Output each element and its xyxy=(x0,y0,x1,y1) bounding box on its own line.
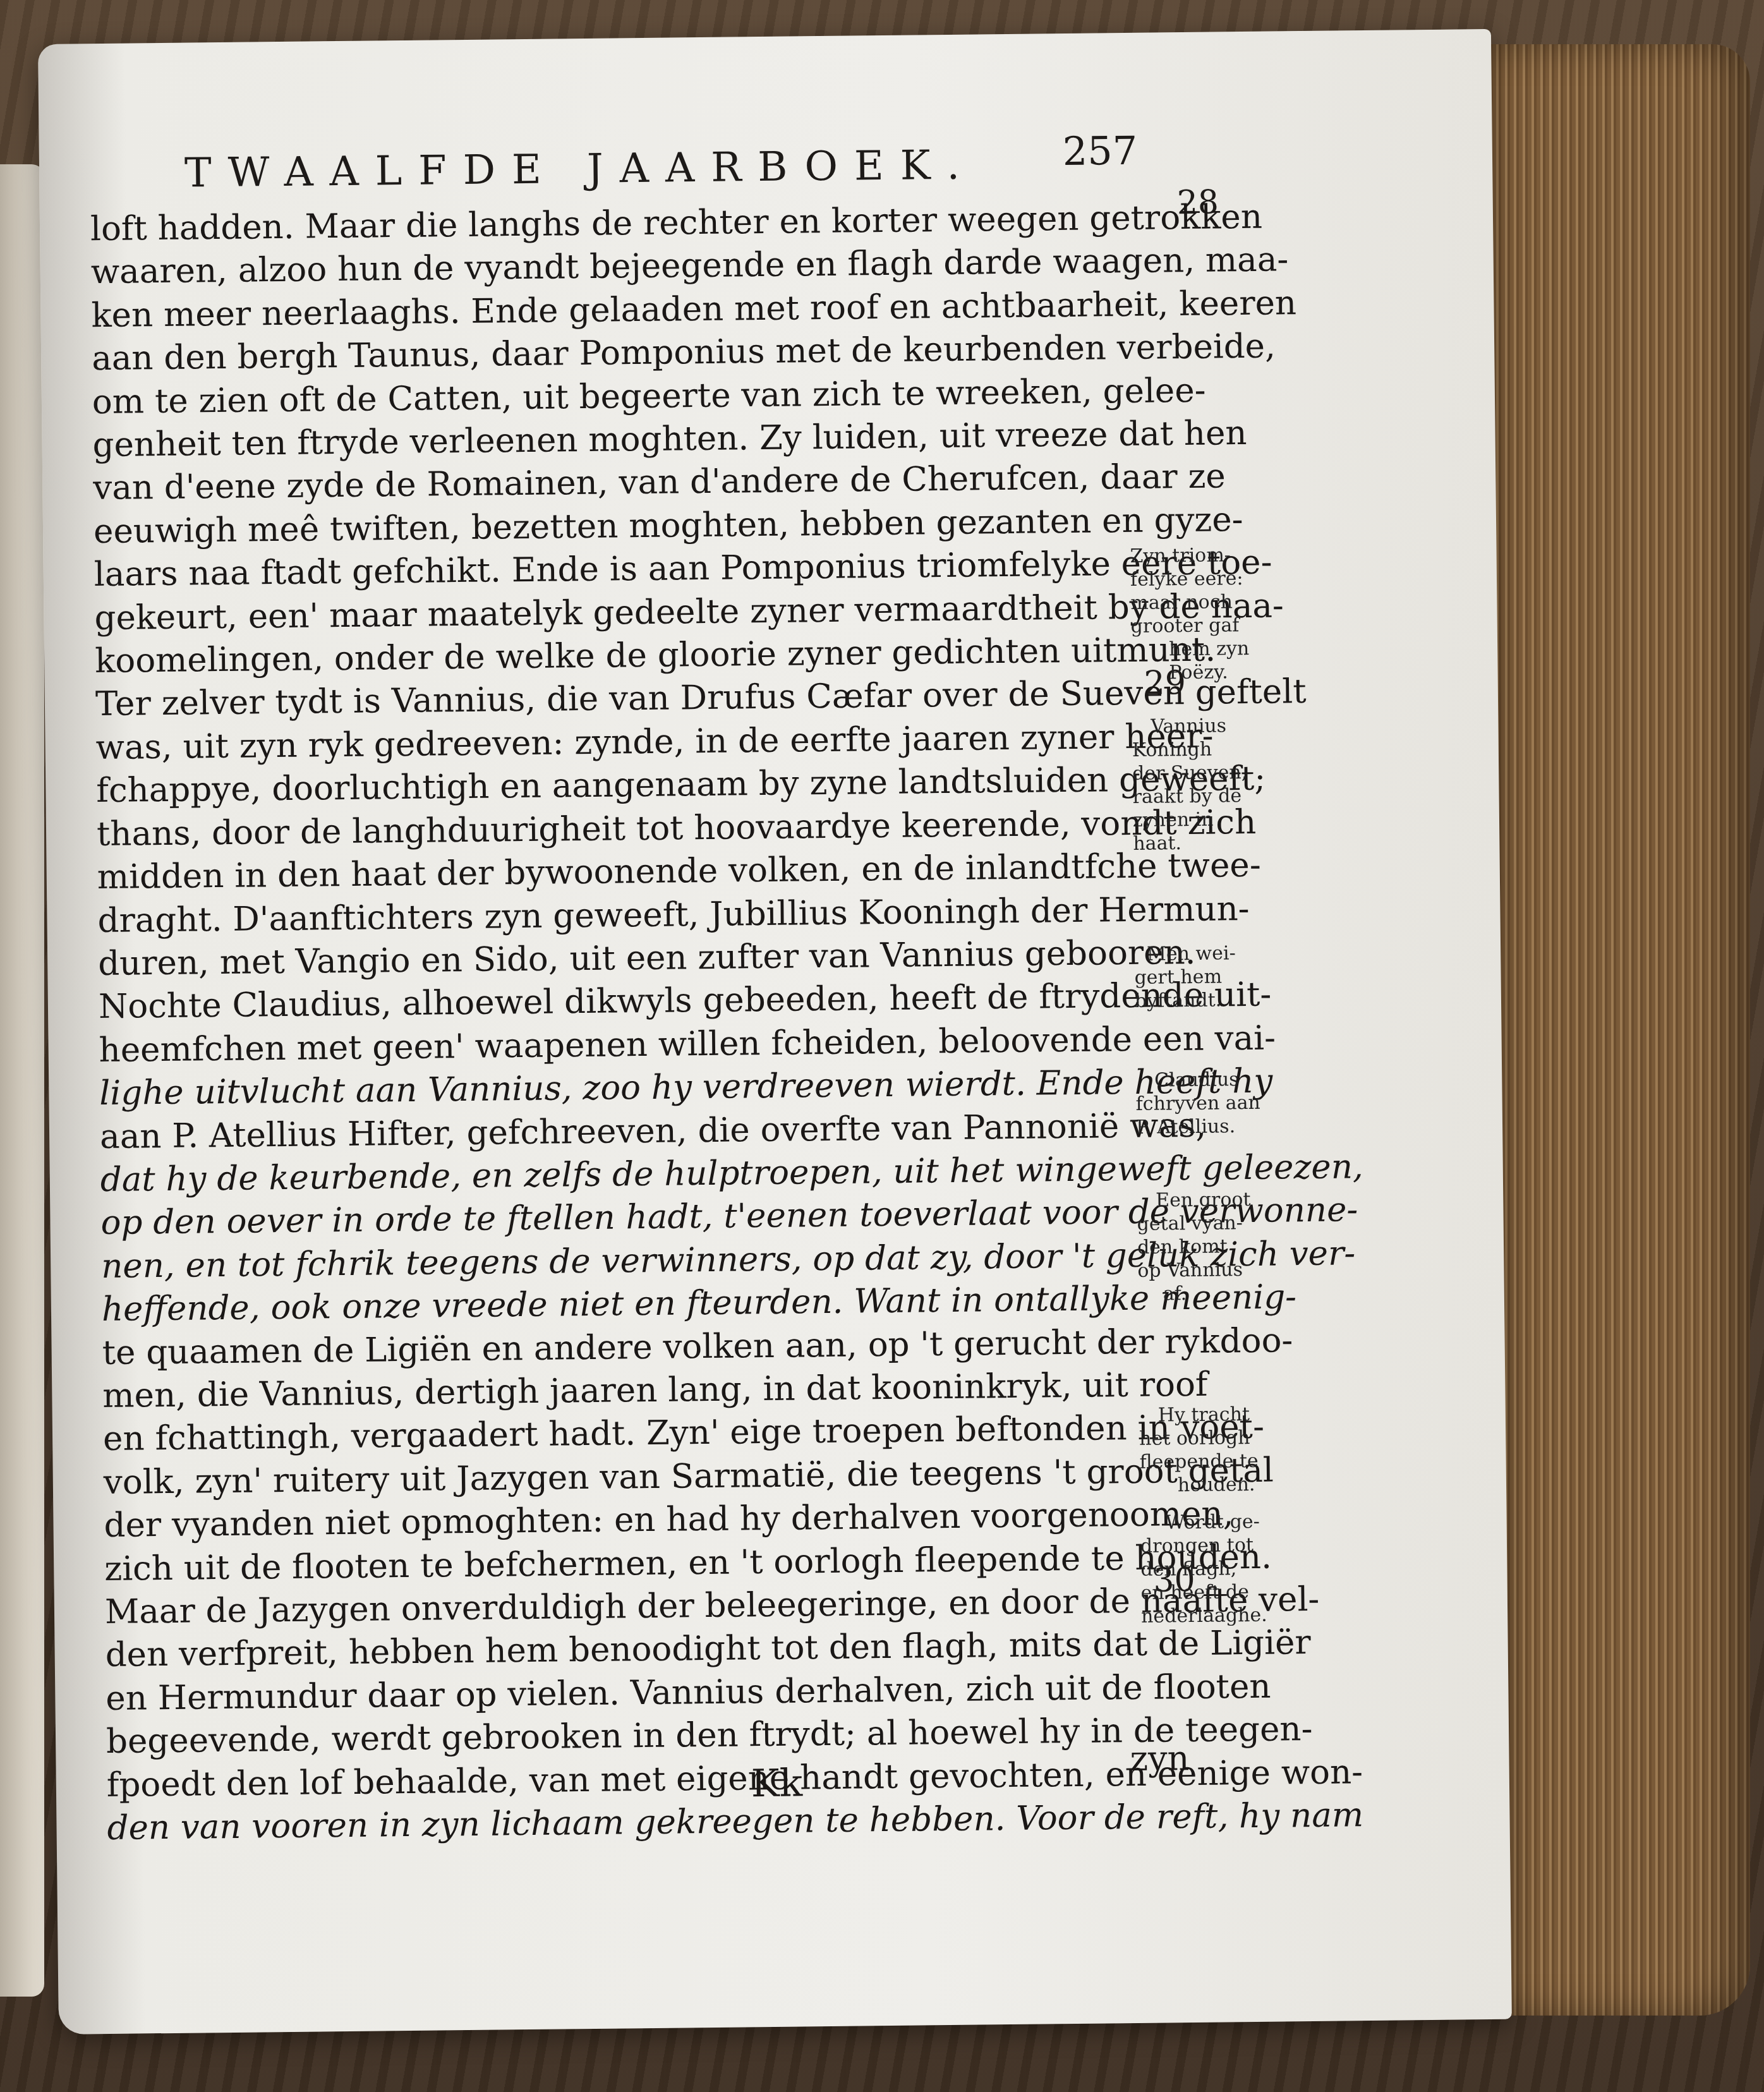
margin-note-prolong-war: Hy tracht het oorlogh fleepende te houde… xyxy=(1139,1402,1305,1497)
margin-note-vannius-hatred: Vannius Koningh der Sueven, raakt by de … xyxy=(1132,713,1297,856)
body-text: loft hadden. Maar die langhs de rechter … xyxy=(90,197,1194,1850)
page-number: 257 xyxy=(1062,128,1137,174)
facing-page-edge xyxy=(0,164,44,1997)
margin-note-enemies-come: Een groot getal vyan- den komt op Vanniu… xyxy=(1137,1187,1302,1306)
running-title: TWAALFDE JAARBOEK. xyxy=(184,140,1133,197)
book-page: TWAALFDE JAARBOEK. 257 28 loft hadden. M… xyxy=(38,29,1512,2035)
margin-note-forced-battle: Wordt ge- drongen tot den flagh, en heef… xyxy=(1140,1509,1305,1628)
catchword: zyn xyxy=(1130,1738,1189,1779)
margin-note-claudius-letter: Claudius fchryven aan P. Atellius. xyxy=(1135,1067,1300,1139)
margin-note-refused-help: Men wei- gert hem byftandt. xyxy=(1134,941,1299,1013)
margin-note-triumph: Zyn triom- felyke eere: maar noch groote… xyxy=(1130,543,1295,685)
signature-mark: Kk xyxy=(751,1761,803,1806)
